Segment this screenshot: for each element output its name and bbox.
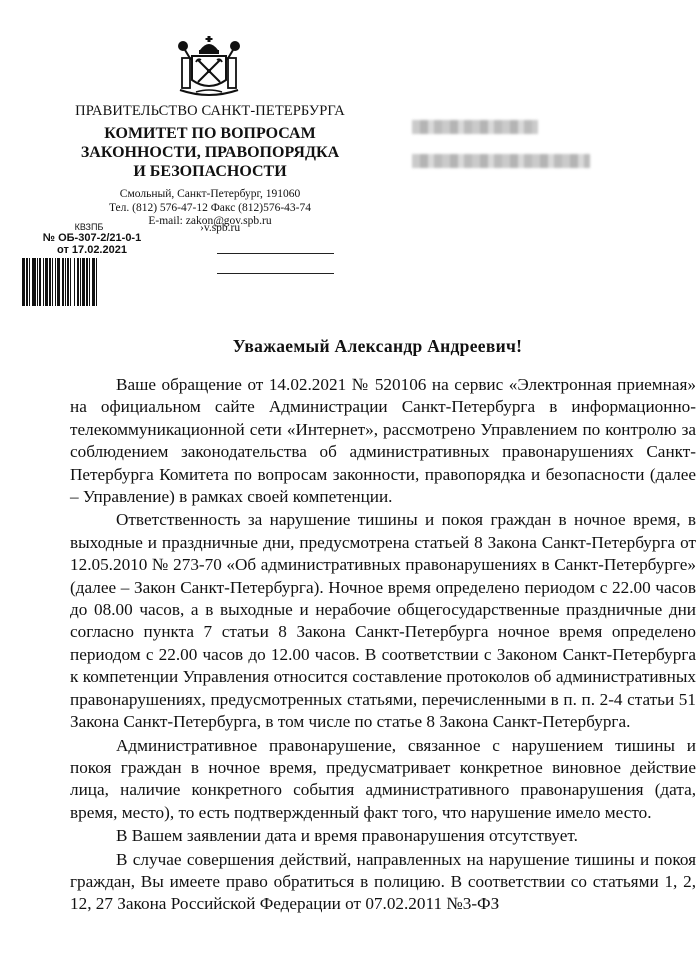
address: Смольный, Санкт-Петербург, 191060 (60, 188, 360, 202)
blank-line (217, 273, 334, 274)
government-name: ПРАВИТЕЛЬСТВО САНКТ-ПЕТЕРБУРГА (60, 102, 360, 120)
letterhead: ПРАВИТЕЛЬСТВО САНКТ-ПЕТЕРБУРГА КОМИТЕТ П… (60, 96, 360, 229)
redacted-recipient-name (412, 120, 538, 134)
website-fragment: ›v.spb.ru (200, 222, 240, 234)
blank-line (217, 253, 334, 254)
coat-of-arms-icon (170, 36, 248, 98)
phone-fax: Тел. (812) 576-47-12 Факс (812)576-43-74 (60, 202, 360, 216)
paragraph: Административное правонарушение, связанн… (70, 735, 696, 825)
paragraph: В случае совершения действий, направленн… (70, 849, 696, 916)
committee-line: ЗАКОННОСТИ, ПРАВОПОРЯДКА (60, 143, 360, 162)
committee-line: И БЕЗОПАСНОСТИ (60, 162, 360, 181)
recipient-block-redacted (412, 120, 612, 188)
barcode-icon (22, 258, 162, 306)
stamp-org-code: КВЗПБ (16, 222, 162, 232)
paragraph: Ответственность за нарушение тишины и по… (70, 509, 696, 733)
paragraph: Ваше обращение от 14.02.2021 № 520106 на… (70, 374, 696, 508)
committee-line: КОМИТЕТ ПО ВОПРОСАМ (60, 124, 360, 143)
letter-body: Ваше обращение от 14.02.2021 № 520106 на… (70, 374, 696, 916)
registration-stamp: КВЗПБ № ОБ-307-2/21-0-1 от 17.02.2021 (22, 222, 162, 306)
registration-date: от 17.02.2021 (22, 244, 162, 256)
paragraph: В Вашем заявлении дата и время правонару… (70, 825, 696, 847)
registration-number: № ОБ-307-2/21-0-1 (22, 232, 162, 244)
salutation: Уважаемый Александр Андреевич! (0, 336, 700, 357)
redacted-recipient-address (412, 154, 590, 168)
committee-name: КОМИТЕТ ПО ВОПРОСАМ ЗАКОННОСТИ, ПРАВОПОР… (60, 124, 360, 181)
